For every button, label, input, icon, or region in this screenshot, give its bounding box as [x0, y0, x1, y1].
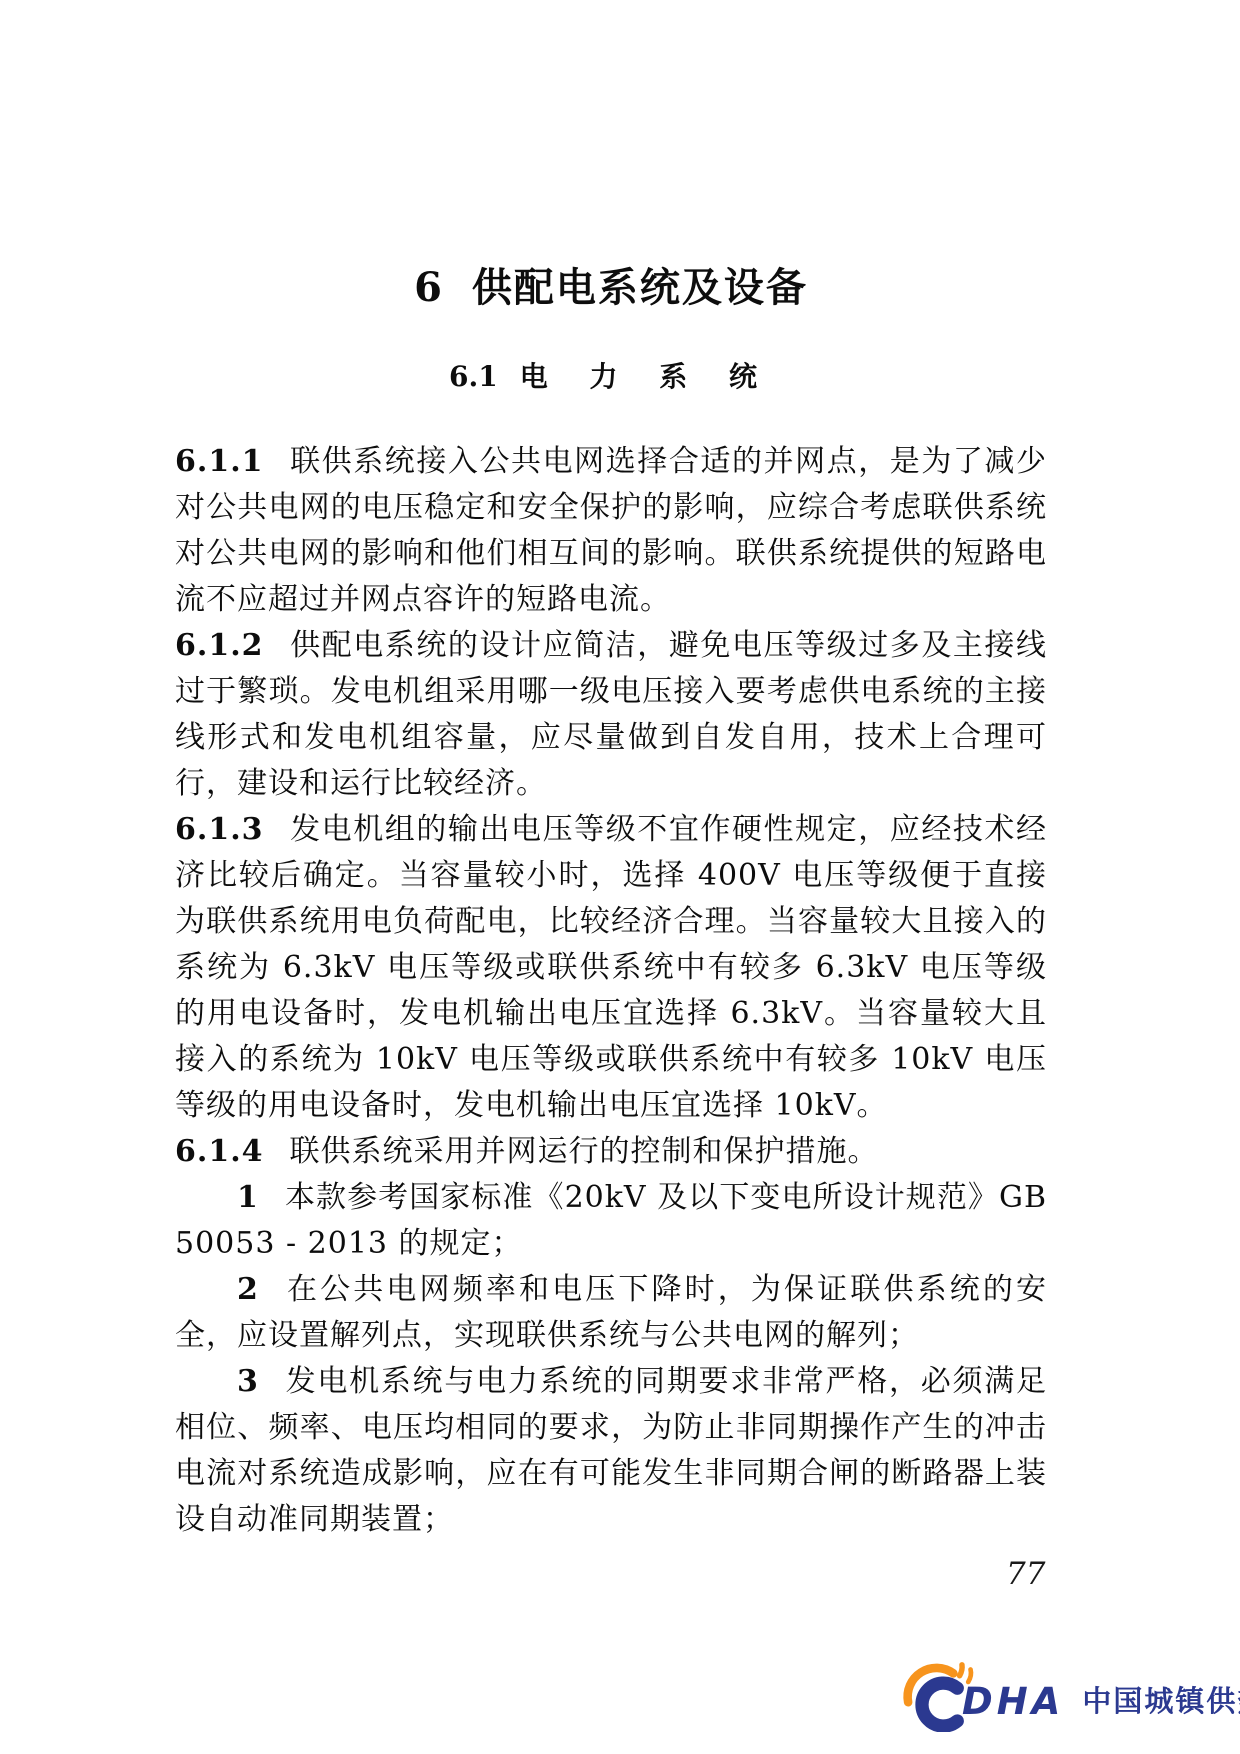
- list-item-3: 3发电机系统与电力系统的同期要求非常严格，必须满足相位、频率、电压均相同的要求，…: [175, 1359, 1047, 1543]
- text-column: 6供配电系统及设备 6.1电 力 系 统 6.1.1联供系统接入公共电网选择合适…: [175, 0, 1047, 1543]
- item-text: 本款参考国家标准《20kV 及以下变电所设计规范》GB 50053 - 2013…: [175, 1180, 1047, 1261]
- clause-text: 发电机组的输出电压等级不宜作硬性规定，应经技术经济比较后确定。当容量较小时，选择…: [175, 812, 1047, 1123]
- clause-label: 6.1.4: [175, 1134, 264, 1169]
- association-logo: DHA 中国城镇供热协会: [898, 1660, 1240, 1732]
- logo-acronym: DHA: [962, 1680, 1064, 1723]
- clause-text: 联供系统接入公共电网选择合适的并网点，是为了减少对公共电网的电压稳定和安全保护的…: [175, 444, 1047, 617]
- chapter-title-text: 供配电系统及设备: [472, 264, 808, 311]
- paragraph-6-1-3: 6.1.3发电机组的输出电压等级不宜作硬性规定，应经技术经济比较后确定。当容量较…: [175, 807, 1047, 1129]
- clause-label: 6.1.2: [175, 628, 264, 663]
- logo-org-name: 中国城镇供热协会: [1082, 1679, 1240, 1720]
- page-number: 77: [1006, 1556, 1045, 1592]
- item-text: 在公共电网频率和电压下降时，为保证联供系统的安全，应设置解列点，实现联供系统与公…: [175, 1272, 1047, 1353]
- clause-text: 供配电系统的设计应简洁，避免电压等级过多及主接线过于繁琐。发电机组采用哪一级电压…: [175, 628, 1047, 801]
- section-number: 6.1: [449, 360, 498, 393]
- item-number: 2: [237, 1272, 259, 1307]
- paragraph-6-1-4: 6.1.4联供系统采用并网运行的控制和保护措施。: [175, 1129, 1047, 1175]
- clause-text: 联供系统采用并网运行的控制和保护措施。: [290, 1134, 879, 1169]
- body-text: 6.1.1联供系统接入公共电网选择合适的并网点，是为了减少对公共电网的电压稳定和…: [175, 439, 1047, 1543]
- chapter-number: 6: [414, 264, 442, 311]
- list-item-1: 1本款参考国家标准《20kV 及以下变电所设计规范》GB 50053 - 201…: [175, 1175, 1047, 1267]
- clause-label: 6.1.1: [175, 444, 264, 479]
- item-text: 发电机系统与电力系统的同期要求非常严格，必须满足相位、频率、电压均相同的要求，为…: [175, 1364, 1047, 1537]
- document-page: 6供配电系统及设备 6.1电 力 系 统 6.1.1联供系统接入公共电网选择合适…: [0, 0, 1240, 1754]
- item-number: 3: [237, 1364, 259, 1399]
- section-title-text: 电 力 系 统: [520, 360, 773, 393]
- paragraph-6-1-2: 6.1.2供配电系统的设计应简洁，避免电压等级过多及主接线过于繁琐。发电机组采用…: [175, 623, 1047, 807]
- list-item-2: 2在公共电网频率和电压下降时，为保证联供系统的安全，应设置解列点，实现联供系统与…: [175, 1267, 1047, 1359]
- section-heading: 6.1电 力 系 统: [175, 355, 1047, 395]
- clause-label: 6.1.3: [175, 812, 264, 847]
- item-number: 1: [237, 1180, 259, 1215]
- paragraph-6-1-1: 6.1.1联供系统接入公共电网选择合适的并网点，是为了减少对公共电网的电压稳定和…: [175, 439, 1047, 623]
- chapter-title: 6供配电系统及设备: [175, 0, 1047, 313]
